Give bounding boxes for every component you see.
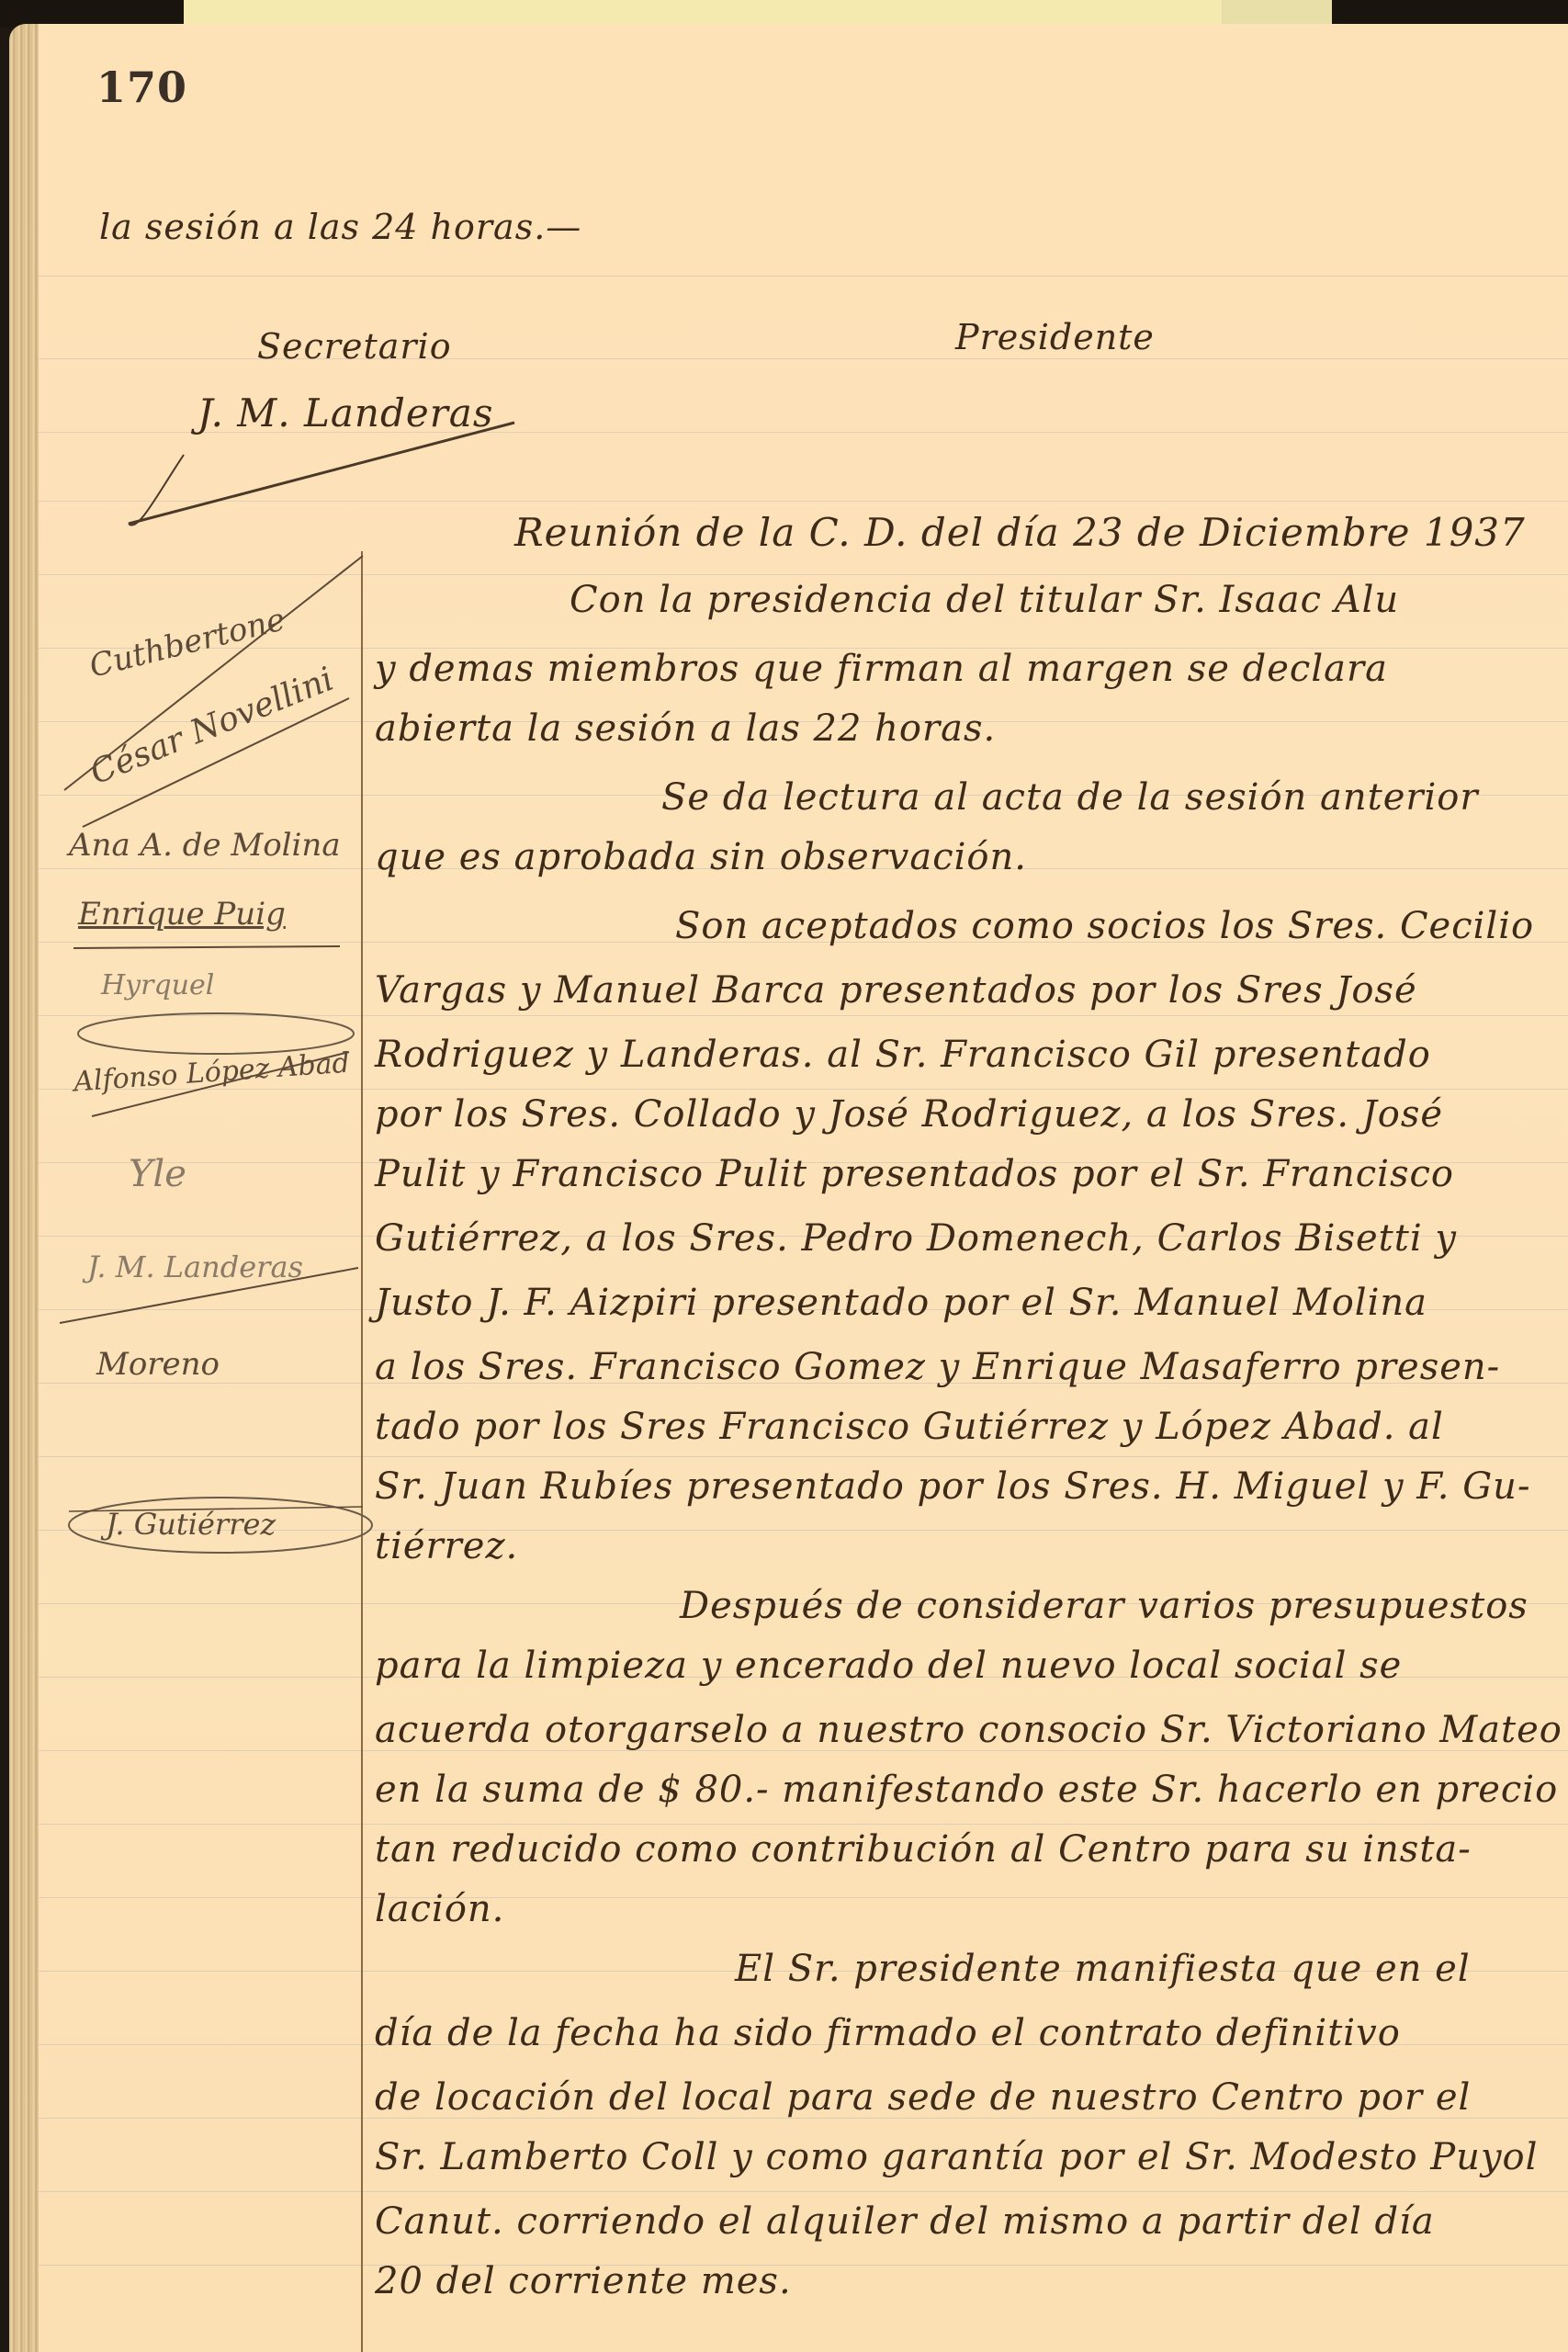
minutes-line: Justo J. F. Aizpiri presentado por el Sr… <box>375 1282 1427 1324</box>
minutes-line: Después de considerar varios presupuesto… <box>680 1585 1529 1627</box>
minutes-line: tado por los Sres Francisco Gutiérrez y … <box>375 1406 1444 1448</box>
minutes-line: Se da lectura al acta de la sesión anter… <box>661 776 1478 819</box>
minutes-line: Pulit y Francisco Pulit presentados por … <box>375 1153 1454 1195</box>
session-heading: Reunión de la C. D. del día 23 de Diciem… <box>514 510 1526 555</box>
minutes-line: Son aceptados como socios los Sres. Ceci… <box>675 905 1534 947</box>
minutes-line: Con la presidencia del titular Sr. Isaac… <box>570 579 1399 621</box>
minutes-line: tiérrez. <box>375 1525 518 1567</box>
minutes-line: día de la fecha ha sido firmado el contr… <box>375 2012 1401 2054</box>
minutes-line: Sr. Lamberto Coll y como garantía por el… <box>375 2136 1538 2178</box>
minutes-line: Canut. corriendo el alquiler del mismo a… <box>375 2200 1435 2243</box>
minutes-line: El Sr. presidente manifiesta que en el <box>735 1948 1471 1990</box>
minutes-line: en la suma de $ 80.- manifestando este S… <box>375 1769 1558 1811</box>
minutes-line: por los Sres. Collado y José Rodriguez, … <box>375 1093 1443 1136</box>
minutes-line: lación. <box>375 1888 504 1930</box>
minutes-line: tan reducido como contribución al Centro… <box>375 1828 1472 1871</box>
minutes-line: 20 del corriente mes. <box>375 2260 792 2302</box>
minutes-line: Gutiérrez, a los Sres. Pedro Domenech, C… <box>375 1217 1457 1260</box>
minutes-line: Vargas y Manuel Barca presentados por lo… <box>375 969 1417 1012</box>
minutes-line: y demas miembros que firman al margen se… <box>375 648 1388 690</box>
minutes-line: a los Sres. Francisco Gomez y Enrique Ma… <box>375 1346 1500 1388</box>
minutes-line: para la limpieza y encerado del nuevo lo… <box>375 1645 1402 1687</box>
minutes-line: de locación del local para sede de nuest… <box>375 2076 1471 2119</box>
minutes-line: Rodriguez y Landeras. al Sr. Francisco G… <box>375 1034 1431 1076</box>
minutes-line: acuerda otorgarselo a nuestro consocio S… <box>375 1709 1562 1751</box>
minutes-line: que es aprobada sin observación. <box>375 836 1027 878</box>
minutes-line: abierta la sesión a las 22 horas. <box>375 707 996 750</box>
minutes-line: Sr. Juan Rubíes presentado por los Sres.… <box>375 1465 1530 1508</box>
